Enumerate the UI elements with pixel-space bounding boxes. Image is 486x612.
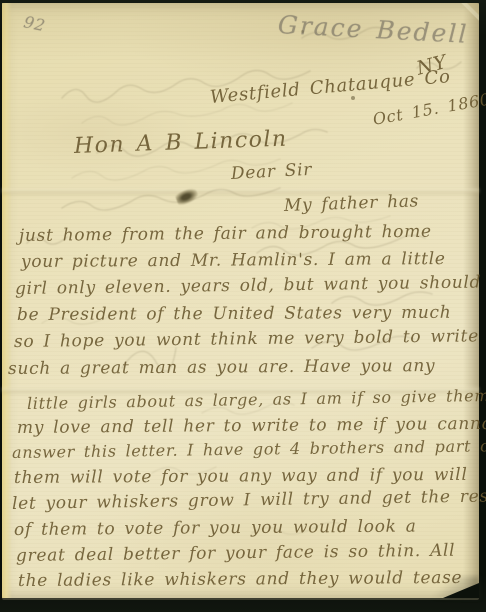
letter-line: my love and tell her to write to me if y… bbox=[17, 414, 486, 438]
bottom-right-corner-tear bbox=[443, 583, 479, 598]
letter-line: your picture and Mr. Hamlin's. I am a li… bbox=[21, 249, 446, 272]
letter-line: the ladies like whiskers and they would … bbox=[18, 568, 462, 591]
ink-speck bbox=[351, 96, 355, 100]
letter-paper: 92 Grace Bedell NY Westfield Chatauque C… bbox=[2, 3, 479, 598]
letter-line: such a great man as you are. Have you an… bbox=[8, 356, 435, 379]
ink-speck bbox=[301, 30, 304, 33]
letter-line: them will vote for you any way and if yo… bbox=[14, 465, 468, 488]
letter-line: be President of the United States very m… bbox=[17, 303, 452, 325]
letter-line: of them to vote for you you would look a bbox=[14, 516, 417, 540]
letter-scan: 92 Grace Bedell NY Westfield Chatauque C… bbox=[0, 0, 486, 612]
salutation-line: Dear Sir bbox=[230, 160, 312, 184]
